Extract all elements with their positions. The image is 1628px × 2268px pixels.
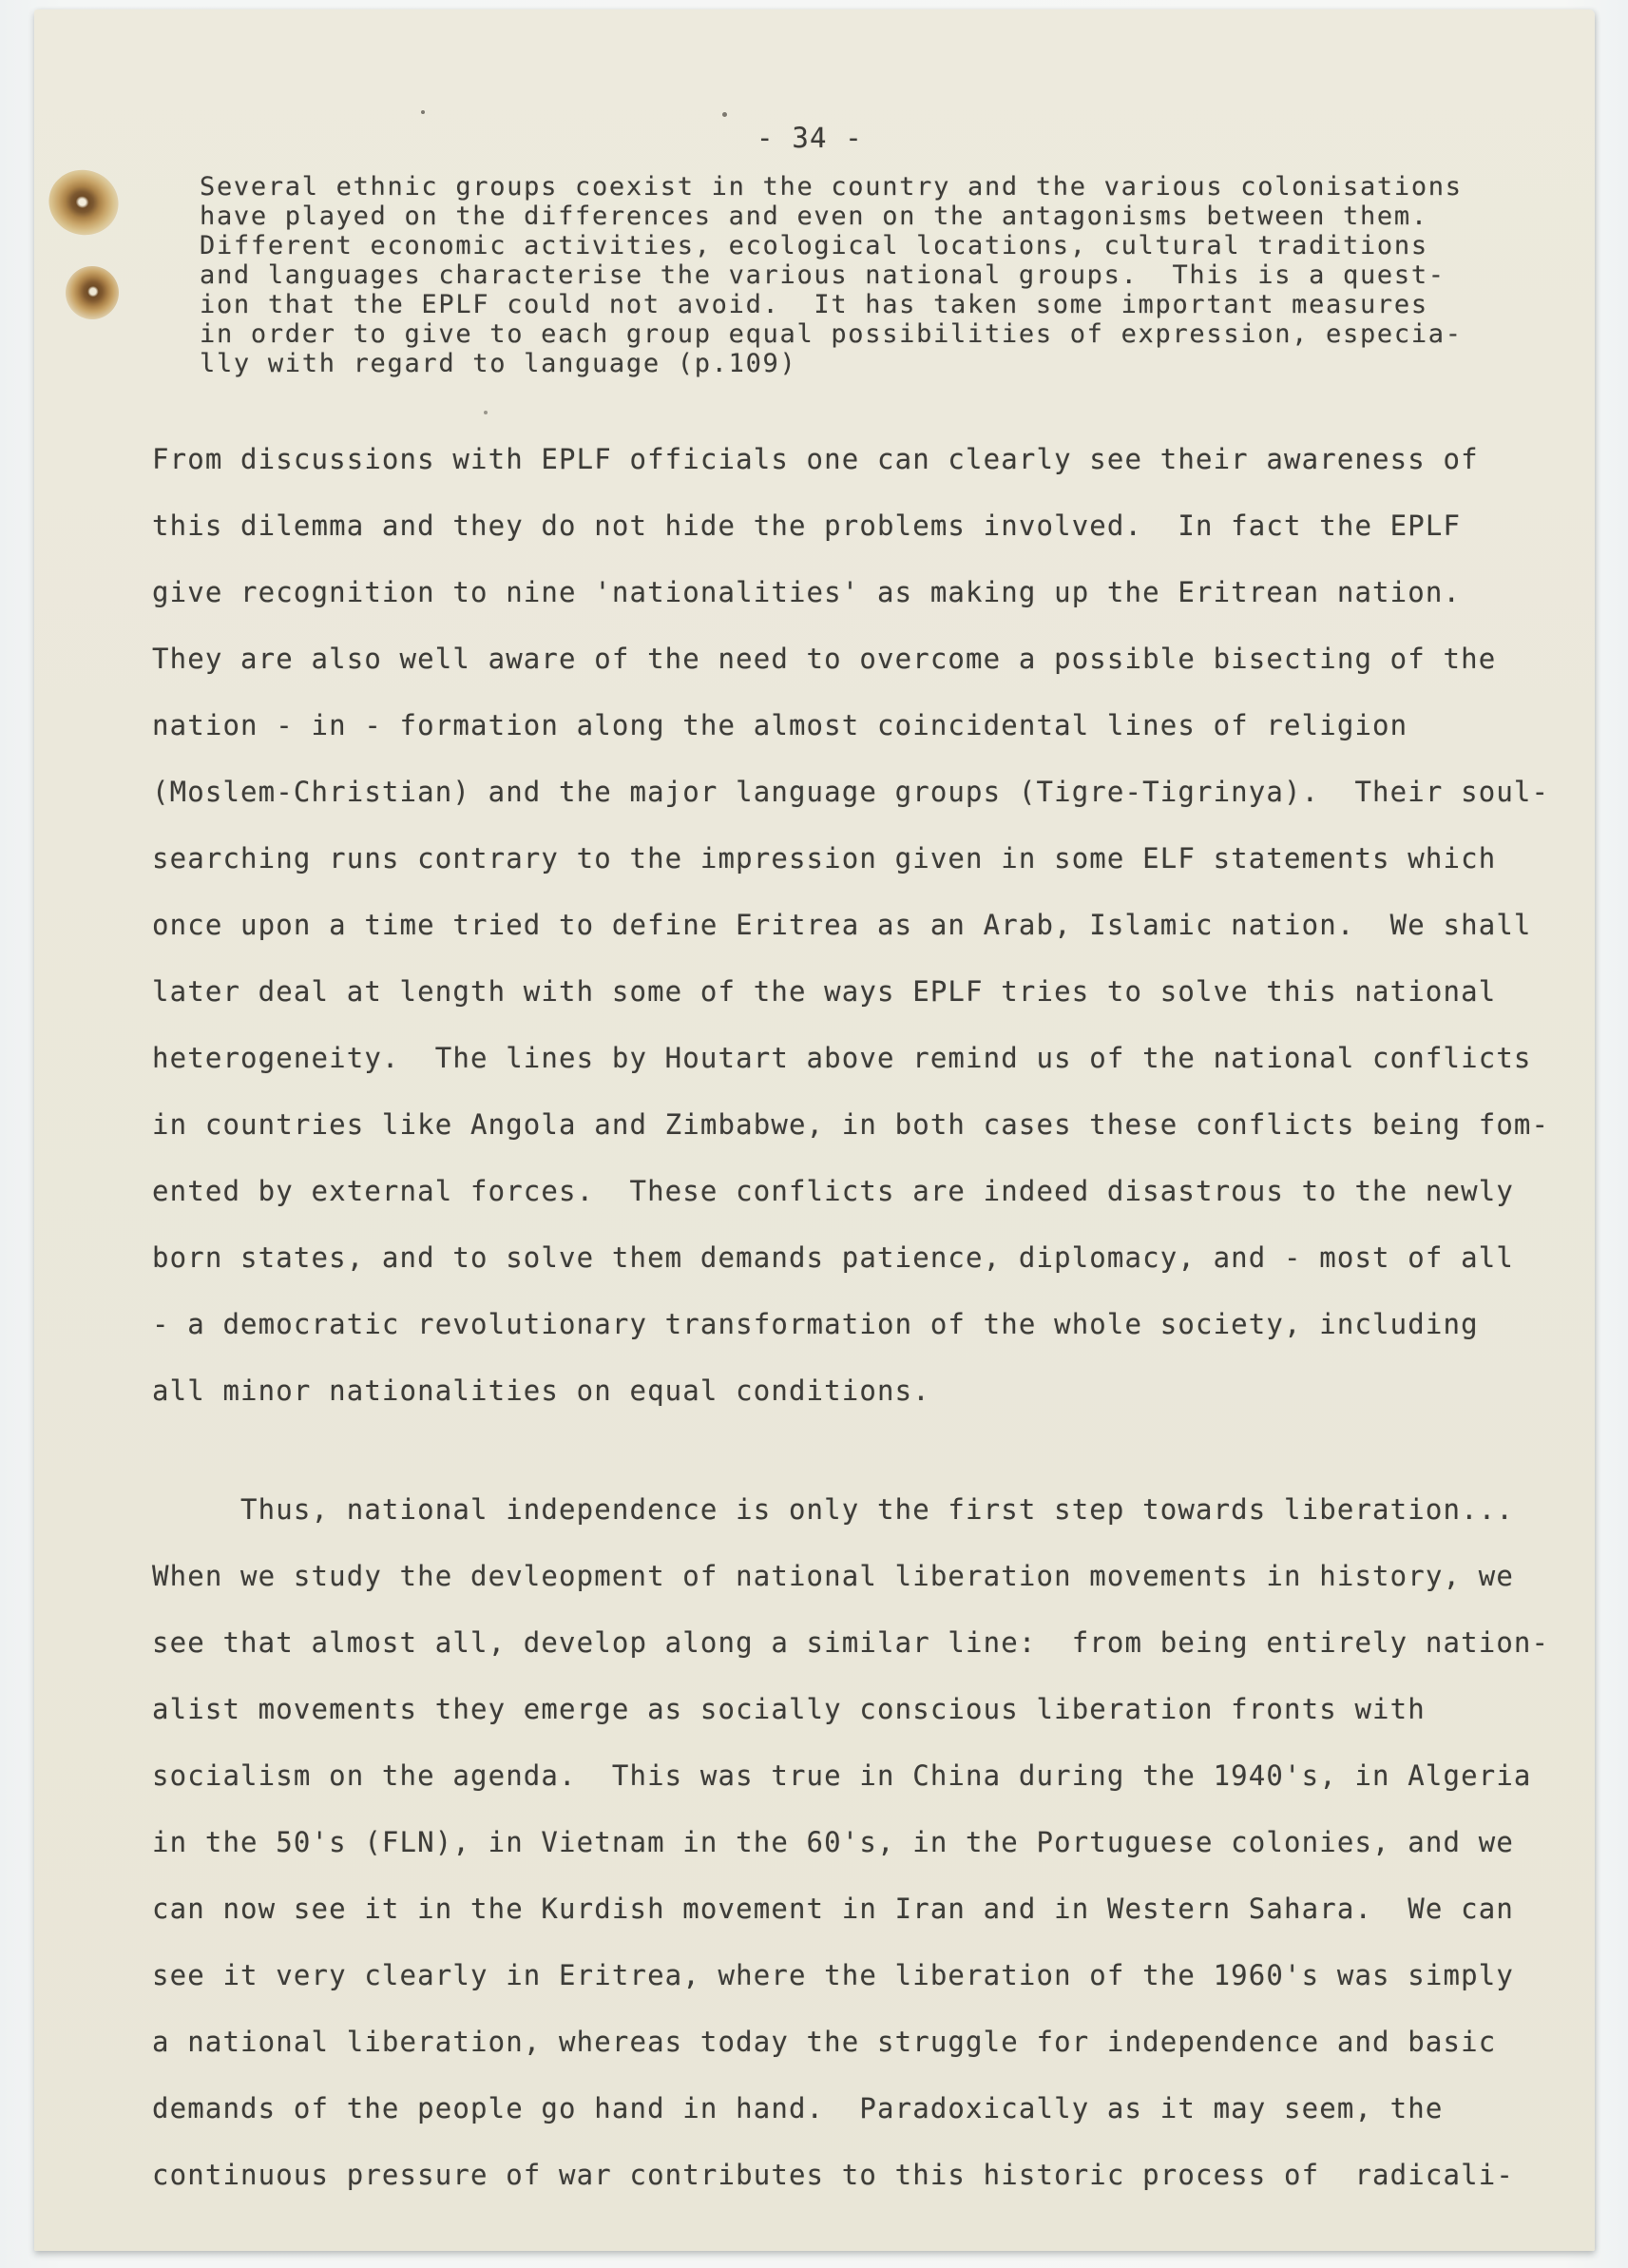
text-line: (Moslem-Christian) and the major languag…: [152, 759, 1549, 825]
text-line: ented by external forces. These conflict…: [152, 1158, 1549, 1224]
text-line: later deal at length with some of the wa…: [152, 958, 1549, 1025]
text-line: socialism on the agenda. This was true i…: [152, 1742, 1549, 1809]
paper-speck: [421, 110, 425, 114]
document-page: - 34 - Several ethnic groups coexist in …: [34, 10, 1595, 2251]
paragraph-2: Thus, national independence is only the …: [152, 1476, 1549, 2208]
text-line: in order to give to each group equal pos…: [200, 319, 1463, 349]
text-line: see that almost all, develop along a sim…: [152, 1609, 1549, 1676]
text-line: and languages characterise the various n…: [200, 260, 1463, 290]
text-line: this dilemma and they do not hide the pr…: [152, 492, 1549, 559]
text-line: nation - in - formation along the almost…: [152, 692, 1549, 759]
text-line: can now see it in the Kurdish movement i…: [152, 1875, 1549, 1942]
text-line: a national liberation, whereas today the…: [152, 2009, 1549, 2075]
text-line: When we study the devleopment of nationa…: [152, 1543, 1549, 1609]
text-line: give recognition to nine 'nationalities'…: [152, 559, 1549, 625]
text-line: From discussions with EPLF officials one…: [152, 426, 1549, 492]
binder-hole-stain-bottom: [62, 262, 124, 324]
paragraph-1: From discussions with EPLF officials one…: [152, 426, 1549, 1424]
text-line: in countries like Angola and Zimbabwe, i…: [152, 1091, 1549, 1158]
scanned-page-background: - 34 - Several ethnic groups coexist in …: [0, 0, 1628, 2268]
text-line: all minor nationalities on equal conditi…: [152, 1357, 1549, 1424]
text-line: - a democratic revolutionary transformat…: [152, 1291, 1549, 1357]
text-line: see it very clearly in Eritrea, where th…: [152, 1942, 1549, 2009]
text-line: in the 50's (FLN), in Vietnam in the 60'…: [152, 1809, 1549, 1875]
block-quote: Several ethnic groups coexist in the cou…: [200, 172, 1463, 378]
text-line: alist movements they emerge as socially …: [152, 1676, 1549, 1742]
binder-hole-stain-top: [42, 163, 126, 243]
text-line: ion that the EPLF could not avoid. It ha…: [200, 290, 1463, 319]
text-line: lly with regard to language (p.109): [200, 349, 1463, 378]
text-line: They are also well aware of the need to …: [152, 625, 1549, 692]
text-line: Different economic activities, ecologica…: [200, 231, 1463, 260]
text-line: have played on the differences and even …: [200, 202, 1463, 231]
paper-speck: [722, 112, 727, 117]
text-line: searching runs contrary to the impressio…: [152, 825, 1549, 892]
text-line: once upon a time tried to define Eritrea…: [152, 892, 1549, 958]
text-line: Several ethnic groups coexist in the cou…: [200, 172, 1463, 202]
text-line: heterogeneity. The lines by Houtart abov…: [152, 1025, 1549, 1091]
text-line: born states, and to solve them demands p…: [152, 1224, 1549, 1291]
text-line: demands of the people go hand in hand. P…: [152, 2075, 1549, 2142]
page-number: - 34 -: [757, 122, 863, 154]
text-line: Thus, national independence is only the …: [152, 1476, 1549, 1543]
text-line: continuous pressure of war contributes t…: [152, 2142, 1549, 2208]
paper-speck: [484, 411, 488, 414]
